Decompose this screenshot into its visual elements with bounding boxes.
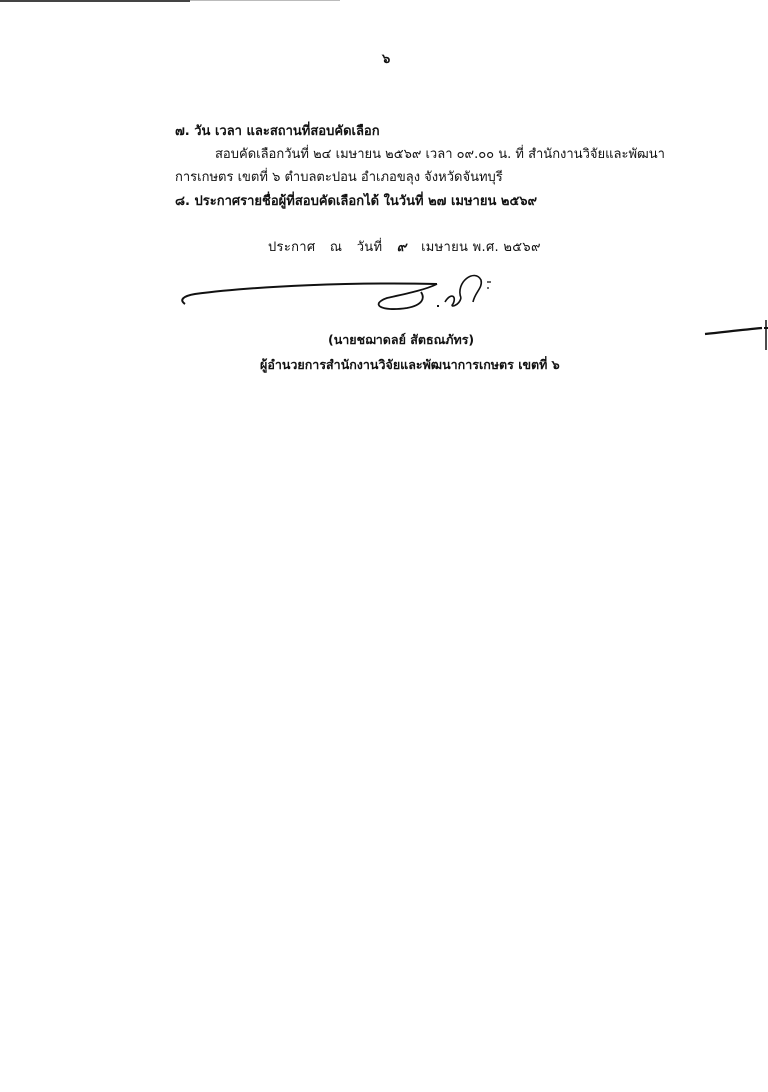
announcement-date-label: วันที่ xyxy=(357,240,383,255)
scan-edge-line xyxy=(0,0,190,2)
section-7-line-1: สอบคัดเลือกวันที่ ๒๔ เมษายน ๒๕๖๙ เวลา ๐๙… xyxy=(215,143,665,164)
announcement-date-line: ประกาศ ณ วันที่ ๙ เมษายน พ.ศ. ๒๕๖๙ xyxy=(268,236,541,257)
section-7-line-2: การเกษตร เขตที่ ๖ ตำบลตะปอน อำเภอขลุง จั… xyxy=(175,166,503,187)
signatory-name: (นายชฌาดลย์ สัตธณภัทร) xyxy=(328,330,474,350)
signature-image xyxy=(175,262,515,317)
scan-edge-line-light xyxy=(190,0,340,1)
scan-margin-mark xyxy=(700,320,768,350)
announcement-month-year: เมษายน พ.ศ. ๒๕๖๙ xyxy=(421,240,541,255)
section-8-text: ๘. ประกาศรายชื่อผู้ที่สอบคัดเลือกได้ ในว… xyxy=(175,190,537,211)
announcement-prefix: ประกาศ xyxy=(268,240,315,255)
announcement-day-handwritten: ๙ xyxy=(397,240,407,255)
section-7-heading: ๗. วัน เวลา และสถานที่สอบคัดเลือก xyxy=(175,120,380,141)
announcement-at: ณ xyxy=(330,240,342,255)
signatory-position: ผู้อำนวยการสำนักงานวิจัยและพัฒนาการเกษตร… xyxy=(260,355,560,375)
page-number: ๖ xyxy=(382,48,390,69)
